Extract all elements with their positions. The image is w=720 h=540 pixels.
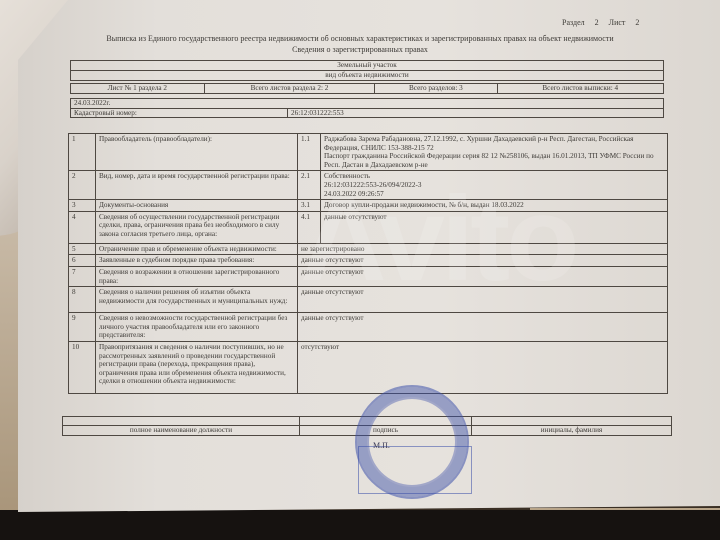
table-row: 9 Сведения о невозможности государственн… xyxy=(69,313,668,342)
sections-count: Всего разделов: 3 xyxy=(375,84,497,94)
position-caption: полное наименование должности xyxy=(63,426,300,436)
total-sheets-count: Всего листов выписки: 4 xyxy=(497,84,664,94)
object-type-caption: вид объекта недвижимости xyxy=(71,71,664,81)
sheet-label: Лист 2 xyxy=(609,18,640,27)
document-subtitle: Сведения о зарегистрированных правах xyxy=(0,45,720,54)
cadastral-label: Кадастровый номер: xyxy=(71,108,288,118)
object-name: Земельный участок xyxy=(71,61,664,71)
table-row: 10 Правопритязания и сведения о наличии … xyxy=(69,341,668,393)
page-header: Раздел 2 Лист 2 xyxy=(562,18,639,27)
object-table: Земельный участок вид объекта недвижимос… xyxy=(70,60,664,81)
document-date: 24.03.2022г. xyxy=(71,99,664,109)
background-dark xyxy=(0,510,720,540)
document-title: Выписка из Единого государственного реес… xyxy=(0,34,720,43)
cadastral-number: 26:12:031222:553 xyxy=(288,108,664,118)
section-label: Раздел 2 xyxy=(562,18,599,27)
watermark: Avito xyxy=(300,170,576,308)
section-sheets-count: Всего листов раздела 2: 2 xyxy=(204,84,375,94)
name-caption: инициалы, фамилия xyxy=(472,426,672,436)
owner-value: Раджабова Зарема Рабадановна, 27.12.1992… xyxy=(321,134,668,171)
cadastral-table: 24.03.2022г. Кадастровый номер: 26:12:03… xyxy=(70,98,664,118)
seal-caption: М.П. xyxy=(373,441,390,450)
registration-stamp xyxy=(358,446,472,494)
sheet-number: Лист № 1 раздела 2 xyxy=(71,84,205,94)
table-row: 1 Правообладатель (правообладатели): 1.1… xyxy=(69,134,668,171)
sheets-table: Лист № 1 раздела 2 Всего листов раздела … xyxy=(70,83,664,94)
